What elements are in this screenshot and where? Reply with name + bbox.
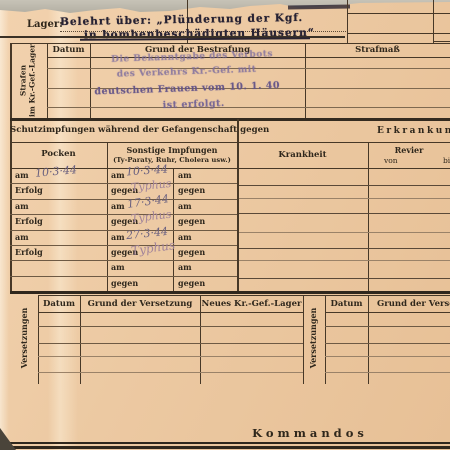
vers-right-col-grund: Grund der Versetzung — [377, 299, 450, 309]
fragment-line — [347, 33, 450, 34]
strafen-side-label: Strafen im Kr.-Gef.-Lager — [20, 41, 37, 121]
erk-row-line — [239, 260, 450, 261]
fragment-line — [433, 41, 450, 42]
bottom-line-thick — [0, 446, 450, 449]
row-label: am — [15, 201, 29, 211]
row-label: am — [111, 262, 125, 272]
col-sonstige-line2: (Ty-Paraty, Ruhr, Cholera usw.) — [107, 156, 237, 164]
imp-row-line — [10, 245, 237, 246]
verbots-stamp-line3: deutschen Frauen vom 10. 1. 40 — [89, 80, 285, 98]
row-label: Erfolg — [15, 247, 43, 257]
row-label: Erfolg — [15, 216, 43, 226]
row-label: gegen — [111, 278, 138, 288]
row-label: am — [178, 201, 192, 211]
strafen-bottom-line — [10, 118, 450, 121]
imp-row-line — [10, 230, 237, 231]
fragment-line — [347, 0, 348, 43]
erk-row-line — [239, 185, 450, 186]
section-line — [10, 142, 450, 143]
imp-row-line — [10, 276, 237, 277]
vers-row-line — [325, 343, 450, 344]
row-label: am — [15, 232, 29, 242]
handwriting-date: 10·3·44 — [126, 163, 169, 179]
vers-top-line — [38, 295, 450, 296]
row-label: gegen — [178, 216, 205, 226]
handwriting-pocken-date: 10·3·44 — [35, 163, 78, 180]
vers-row-line — [38, 372, 303, 373]
imp-row-line — [10, 260, 237, 261]
vers-row-line — [325, 326, 450, 327]
imp-row-line — [10, 214, 237, 215]
vers-header-underline — [325, 312, 450, 313]
col-krankheit: Krankheit — [237, 150, 368, 160]
verbots-stamp: Die Bekanntgabe des Verbots des Verkehrs… — [94, 49, 291, 118]
row-label: am — [178, 170, 192, 180]
verbots-stamp-line4: ist erfolgt. — [104, 96, 284, 113]
imp-row-line — [10, 183, 237, 184]
section-bottom-thick — [10, 291, 450, 294]
imp-row-line — [10, 199, 237, 200]
vers-header-underline — [38, 312, 303, 313]
erk-vline — [368, 142, 369, 291]
lager-label: Lager: — [27, 19, 63, 30]
vers-row-line — [38, 343, 303, 344]
vers-row-line — [38, 356, 303, 357]
erk-row-line — [239, 213, 450, 214]
versetzungen-side-label-left: Versetzungen — [19, 298, 29, 378]
torn-corner-bottom-left — [0, 428, 16, 450]
erk-row-line — [239, 232, 450, 233]
erk-row-line — [239, 198, 450, 199]
vers-right-col-datum: Datum — [325, 299, 368, 309]
vers-row-line — [325, 372, 450, 373]
bottom-line-thin — [0, 442, 450, 444]
strafen-top-line — [10, 43, 450, 44]
col-pocken: Pocken — [10, 149, 107, 159]
vers-row-line — [38, 326, 303, 327]
strafen-col-strafmass: Strafmaß — [305, 45, 450, 55]
kommandos-title: Kommandos — [200, 426, 420, 440]
pow-record-card: Lager: Belehrt über: „Plünderung der Kgf… — [0, 0, 450, 450]
erk-row-line — [239, 278, 450, 279]
imp-vline — [107, 142, 108, 291]
row-label: am — [111, 201, 125, 211]
vers-left-col-datum: Datum — [38, 299, 80, 309]
strafen-col-datum: Datum — [47, 45, 90, 55]
handwriting-against: Typhus — [130, 208, 172, 226]
row-label: am — [178, 232, 192, 242]
section-separator — [237, 119, 239, 291]
col-revier-bis: bis — [443, 156, 450, 165]
erk-row-line — [239, 248, 450, 249]
row-label: am — [178, 262, 192, 272]
vers-vline — [368, 295, 369, 384]
impfungen-title: Schutzimpfungen während der Gefangenscha… — [10, 125, 237, 135]
versetzungen-side-label-right: Versetzungen — [308, 298, 318, 378]
col-revier-von: von — [384, 156, 398, 165]
row-label: gegen — [178, 247, 205, 257]
row-label: am — [15, 170, 29, 180]
col-sonstige-line1: Sonstige Impfungen — [107, 145, 237, 155]
vers-left-col-neues: Neues Kr.-Gef.-Lager — [200, 299, 303, 309]
vers-row-line — [325, 356, 450, 357]
fragment-line — [347, 13, 450, 14]
vers-left-col-grund: Grund der Versetzung — [80, 299, 200, 309]
verbots-stamp-line2: des Verkehrs Kr.-Gef. mit — [96, 64, 276, 80]
row-label: Erfolg — [15, 185, 43, 195]
row-label: gegen — [178, 185, 205, 195]
col-revier: Revier — [368, 145, 450, 155]
row-label: gegen — [178, 278, 205, 288]
row-label: am — [111, 170, 125, 180]
strike-line — [80, 37, 310, 41]
erkrankungen-title: Erkrankungen — [377, 126, 450, 136]
row-label: am — [111, 232, 125, 242]
ink-smudge — [288, 4, 350, 9]
vers-vline — [303, 295, 304, 384]
fragment-line — [433, 0, 434, 43]
